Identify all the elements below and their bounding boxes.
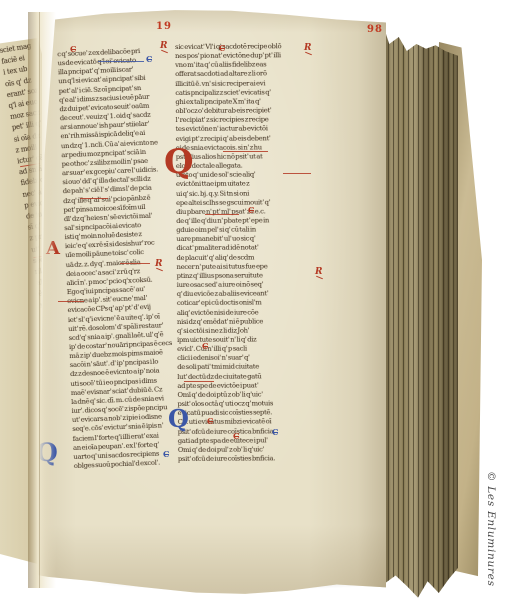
paraph-mark: C [202, 342, 208, 350]
paraph-mark: C [146, 55, 152, 63]
rubric-underline [120, 263, 150, 264]
paraph-mark: C [207, 417, 213, 425]
respondeo-mark: R [315, 268, 322, 277]
rubric-underline [98, 61, 144, 62]
folio-number-right: 98 [367, 24, 383, 35]
recto-page: 19 98 c q' socue' z ex delibacōe prius d… [34, 9, 386, 595]
rubric-underline [223, 151, 268, 152]
respondeo-mark: R [160, 42, 167, 51]
respondeo-mark: R [155, 260, 162, 269]
paraph-mark: C [272, 428, 278, 436]
book-gutter [28, 12, 56, 588]
paraph-mark: C [233, 432, 239, 440]
text-column-col1: c q' socue' z ex delibacōe prius de evic… [57, 46, 182, 471]
folio-number-left: 19 [156, 21, 172, 32]
paraph-mark: C [248, 206, 254, 214]
respondeo-mark: R [304, 44, 311, 53]
book-fore-edge [378, 16, 458, 600]
manuscript-text-line: psit' ofcū de iure coīsties bnficia. [178, 454, 318, 464]
text-column-col2: sic evicat' Vl'i q' sacdotē recipe oblōn… [175, 42, 318, 464]
paraph-mark: C [163, 450, 169, 458]
rubric-underline [58, 301, 84, 302]
copyright-credit: © Les Enluminures [485, 471, 497, 587]
illuminated-initial: Q [168, 407, 189, 431]
rubric-underline [80, 198, 108, 199]
rubric-underline [205, 214, 239, 215]
rubric-underline [283, 173, 311, 174]
paraph-mark: C [219, 44, 225, 52]
rubric-underline [184, 381, 214, 382]
illuminated-initial: Q [164, 145, 194, 179]
paraph-mark: C [70, 45, 76, 53]
photo-background: sciet magfaciē eii tex uboīs q' dzerant'… [0, 0, 505, 600]
